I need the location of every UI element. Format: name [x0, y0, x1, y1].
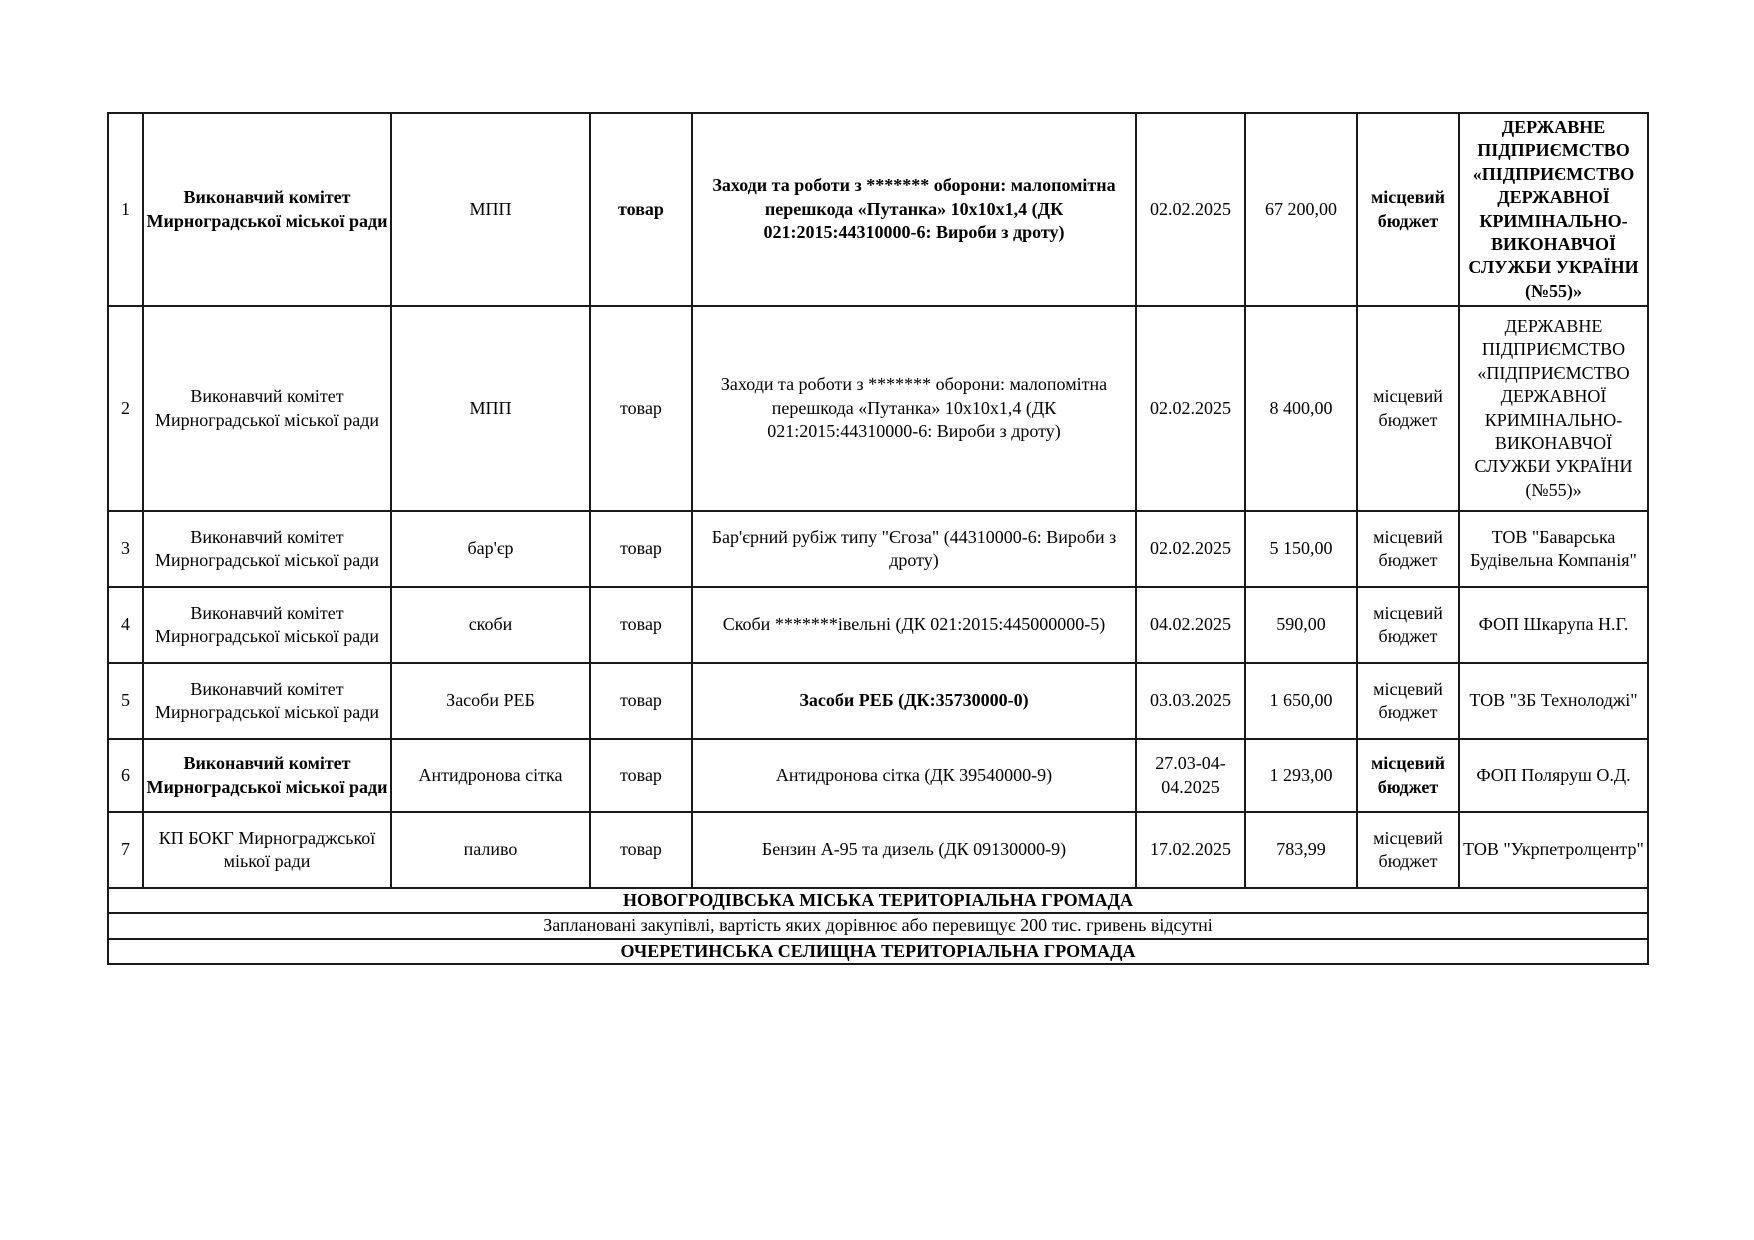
subject-cell: Засоби РЕБ (ДК:35730000-0) — [692, 663, 1136, 739]
funding-cell: місцевий бюджет — [1357, 812, 1459, 888]
row-number: 6 — [108, 739, 143, 812]
section-row: ОЧЕРЕТИНСЬКА СЕЛИЩНА ТЕРИТОРІАЛЬНА ГРОМА… — [108, 939, 1648, 964]
section-note: Заплановані закупівлі, вартість яких дор… — [108, 913, 1648, 938]
row-number: 7 — [108, 812, 143, 888]
type-cell: товар — [590, 812, 692, 888]
funding-cell: місцевий бюджет — [1357, 587, 1459, 663]
supplier-cell: ТОВ "Баварська Будівельна Компанія" — [1459, 511, 1648, 587]
customer-cell: Виконавчий комітет Мирноградської місько… — [143, 587, 391, 663]
funding-cell: місцевий бюджет — [1357, 511, 1459, 587]
customer-cell: Виконавчий комітет Мирноградської місько… — [143, 511, 391, 587]
table-row: 6 Виконавчий комітет Мирноградської місь… — [108, 739, 1648, 812]
procurement-table: 1 Виконавчий комітет Мирноградської місь… — [107, 112, 1649, 965]
table-row: 1 Виконавчий комітет Мирноградської місь… — [108, 113, 1648, 306]
section-row: НОВОГРОДІВСЬКА МІСЬКА ТЕРИТОРІАЛЬНА ГРОМ… — [108, 888, 1648, 913]
short-name-cell: паливо — [391, 812, 590, 888]
date-cell: 02.02.2025 — [1136, 306, 1245, 511]
section-heading-ocheretynska: ОЧЕРЕТИНСЬКА СЕЛИЩНА ТЕРИТОРІАЛЬНА ГРОМА… — [108, 939, 1648, 964]
table-row: 4 Виконавчий комітет Мирноградської місь… — [108, 587, 1648, 663]
short-name-cell: бар'єр — [391, 511, 590, 587]
date-cell: 04.02.2025 — [1136, 587, 1245, 663]
subject-cell: Скоби *******івельні (ДК 021:2015:445000… — [692, 587, 1136, 663]
type-cell: товар — [590, 306, 692, 511]
amount-cell: 1 293,00 — [1245, 739, 1357, 812]
subject-cell: Антидронова сітка (ДК 39540000-9) — [692, 739, 1136, 812]
subject-cell: Бензин А-95 та дизель (ДК 09130000-9) — [692, 812, 1136, 888]
supplier-cell: ФОП Поляруш О.Д. — [1459, 739, 1648, 812]
funding-cell: місцевий бюджет — [1357, 663, 1459, 739]
funding-cell: місцевий бюджет — [1357, 739, 1459, 812]
short-name-cell: МПП — [391, 113, 590, 306]
type-cell: товар — [590, 511, 692, 587]
funding-cell: місцевий бюджет — [1357, 306, 1459, 511]
supplier-cell: ФОП Шкарупа Н.Г. — [1459, 587, 1648, 663]
table-row: 2 Виконавчий комітет Мирноградської місь… — [108, 306, 1648, 511]
row-number: 4 — [108, 587, 143, 663]
customer-cell: Виконавчий комітет Мирноградської місько… — [143, 663, 391, 739]
customer-cell: Виконавчий комітет Мирноградської місько… — [143, 113, 391, 306]
section-row: Заплановані закупівлі, вартість яких дор… — [108, 913, 1648, 938]
date-cell: 03.03.2025 — [1136, 663, 1245, 739]
date-cell: 27.03-04-04.2025 — [1136, 739, 1245, 812]
supplier-cell: ДЕРЖАВНЕ ПІДПРИЄМСТВО «ПІДПРИЄМСТВО ДЕРЖ… — [1459, 306, 1648, 511]
supplier-cell: ТОВ "ЗБ Технолоджі" — [1459, 663, 1648, 739]
short-name-cell: МПП — [391, 306, 590, 511]
amount-cell: 1 650,00 — [1245, 663, 1357, 739]
customer-cell: Виконавчий комітет Мирноградської місько… — [143, 739, 391, 812]
section-heading-novohrodivska: НОВОГРОДІВСЬКА МІСЬКА ТЕРИТОРІАЛЬНА ГРОМ… — [108, 888, 1648, 913]
customer-cell: Виконавчий комітет Мирноградської місько… — [143, 306, 391, 511]
funding-cell: місцевий бюджет — [1357, 113, 1459, 306]
amount-cell: 8 400,00 — [1245, 306, 1357, 511]
subject-cell: Заходи та роботи з ******* оборони: мало… — [692, 306, 1136, 511]
table-row: 5 Виконавчий комітет Мирноградської місь… — [108, 663, 1648, 739]
subject-cell: Бар'єрний рубіж типу "Єгоза" (44310000-6… — [692, 511, 1136, 587]
table-row: 3 Виконавчий комітет Мирноградської місь… — [108, 511, 1648, 587]
short-name-cell: Засоби РЕБ — [391, 663, 590, 739]
customer-cell: КП БОКГ Мирнограджської міької ради — [143, 812, 391, 888]
table-row: 7 КП БОКГ Мирнограджської міької ради па… — [108, 812, 1648, 888]
type-cell: товар — [590, 663, 692, 739]
amount-cell: 67 200,00 — [1245, 113, 1357, 306]
row-number: 3 — [108, 511, 143, 587]
row-number: 2 — [108, 306, 143, 511]
type-cell: товар — [590, 587, 692, 663]
type-cell: товар — [590, 739, 692, 812]
date-cell: 17.02.2025 — [1136, 812, 1245, 888]
amount-cell: 5 150,00 — [1245, 511, 1357, 587]
subject-cell: Заходи та роботи з ******* оборони: мало… — [692, 113, 1136, 306]
type-cell: товар — [590, 113, 692, 306]
date-cell: 02.02.2025 — [1136, 113, 1245, 306]
amount-cell: 590,00 — [1245, 587, 1357, 663]
amount-cell: 783,99 — [1245, 812, 1357, 888]
supplier-cell: ДЕРЖАВНЕ ПІДПРИЄМСТВО «ПІДПРИЄМСТВО ДЕРЖ… — [1459, 113, 1648, 306]
short-name-cell: Антидронова сітка — [391, 739, 590, 812]
row-number: 5 — [108, 663, 143, 739]
row-number: 1 — [108, 113, 143, 306]
date-cell: 02.02.2025 — [1136, 511, 1245, 587]
short-name-cell: скоби — [391, 587, 590, 663]
supplier-cell: ТОВ "Укрпетролцентр" — [1459, 812, 1648, 888]
